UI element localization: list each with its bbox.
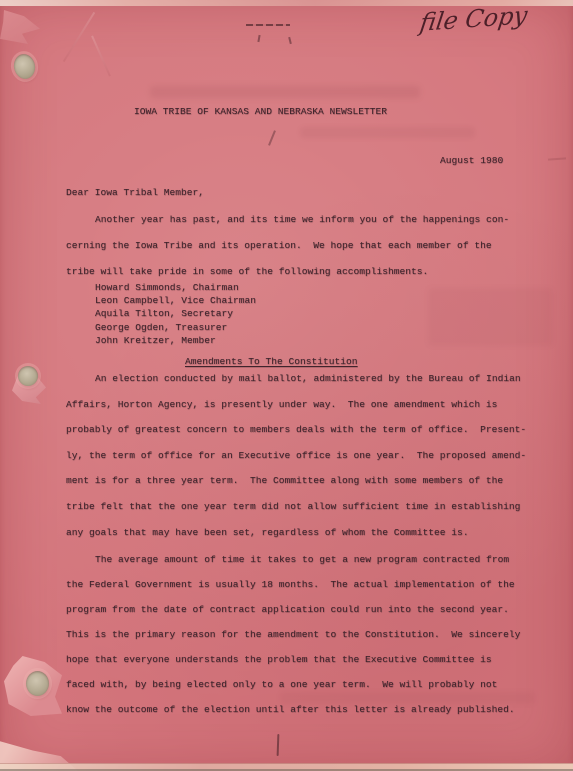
paragraph-line: Affairs, Horton Agency, is presently und… <box>66 392 526 418</box>
paragraph-line: The average amount of time it takes to g… <box>66 547 520 572</box>
paragraph-line: faced with, by being elected only to a o… <box>66 672 520 697</box>
paragraph-line: ly, the term of office for an Executive … <box>66 443 526 469</box>
paragraph-line: cerning the Iowa Tribe and its operation… <box>66 233 509 259</box>
newsletter-title: IOWA TRIBE OF KANSAS AND NEBRASKA NEWSLE… <box>134 106 387 117</box>
paragraph-election: An election conducted by mail ballot, ad… <box>66 366 526 545</box>
officers-list: Howard Simmonds, Chairman Leon Campbell,… <box>95 281 256 347</box>
officer-item: Aquila Tilton, Secretary <box>95 307 256 320</box>
salutation: Dear Iowa Tribal Member, <box>66 187 204 198</box>
typewritten-content: IOWA TRIBE OF KANSAS AND NEBRASKA NEWSLE… <box>0 0 573 771</box>
paragraph-intro: Another year has past, and its time we i… <box>66 207 509 285</box>
paragraph-program-time: The average amount of time it takes to g… <box>66 547 520 722</box>
paragraph-line: hope that everyone understands the probl… <box>66 647 520 672</box>
officer-item: George Ogden, Treasurer <box>95 321 256 334</box>
date-line: August 1980 <box>440 155 503 166</box>
officer-item: Leon Campbell, Vice Chairman <box>95 294 256 307</box>
paragraph-line: know the outcome of the election until a… <box>66 697 520 722</box>
paragraph-line: This is the primary reason for the amend… <box>66 622 520 647</box>
paragraph-line: An election conducted by mail ballot, ad… <box>66 366 526 392</box>
paragraph-line: program from the date of contract applic… <box>66 597 520 622</box>
paragraph-line: the Federal Government is usually 18 mon… <box>66 572 520 597</box>
scanned-letter-page: file Copy IOWA TRIBE OF KANSAS AND NEBRA… <box>0 0 573 771</box>
paragraph-line: any goals that may have been set, regard… <box>66 520 526 546</box>
officer-item: Howard Simmonds, Chairman <box>95 281 256 294</box>
paragraph-line: tribe felt that the one year term did no… <box>66 494 526 520</box>
officer-item: John Kreitzer, Member <box>95 334 256 347</box>
paragraph-line: probably of greatest concern to members … <box>66 417 526 443</box>
paragraph-line: Another year has past, and its time we i… <box>66 207 509 233</box>
paragraph-line: ment is for a three year term. The Commi… <box>66 468 526 494</box>
